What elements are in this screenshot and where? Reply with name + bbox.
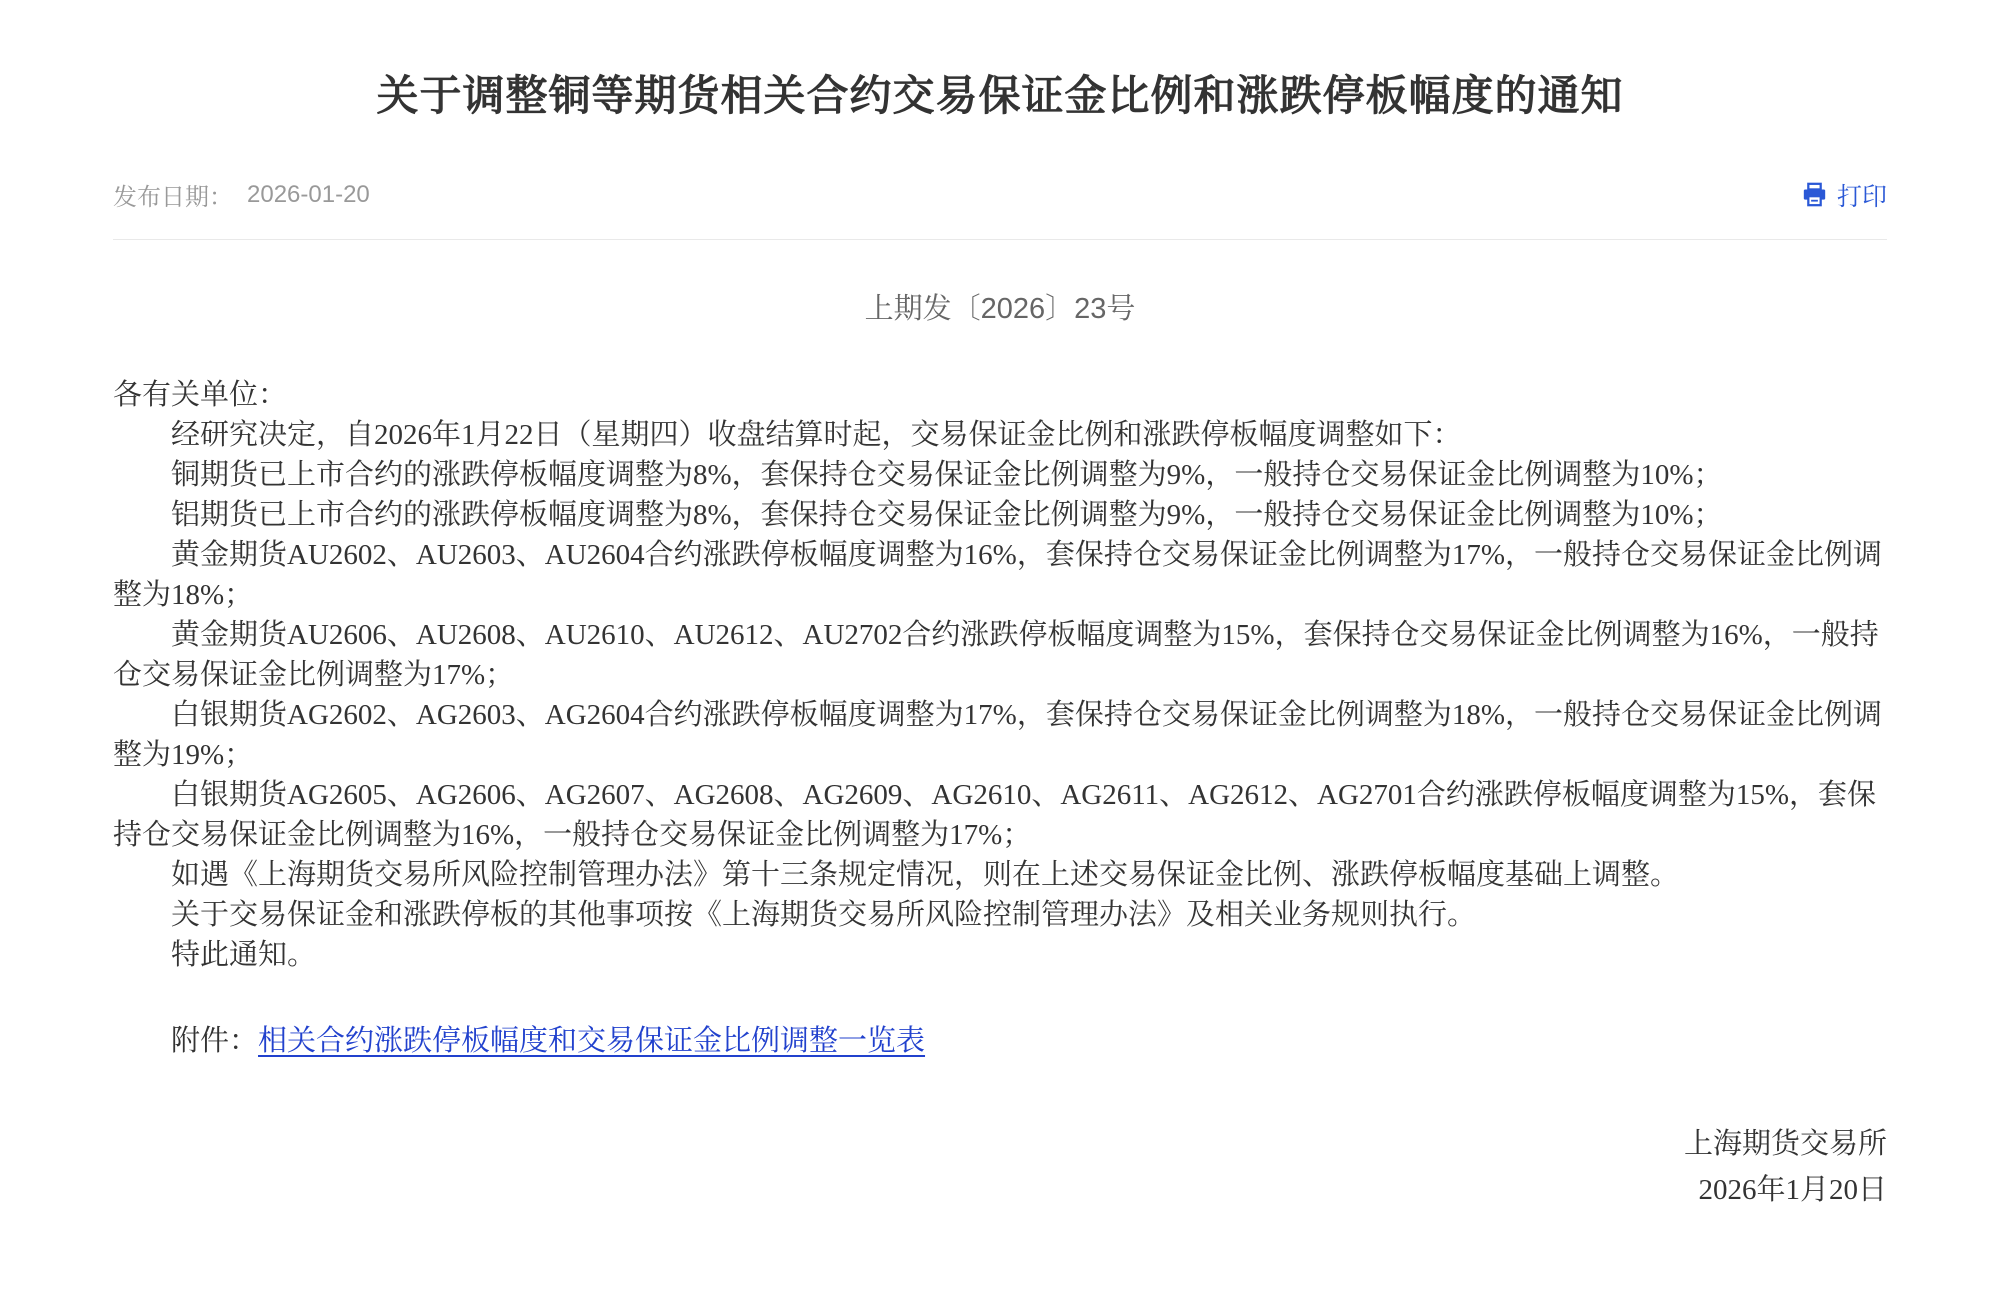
issuer-name: 上海期货交易所: [113, 1121, 1887, 1167]
body-paragraph: 特此通知。: [113, 935, 1887, 975]
body-paragraph: 关于交易保证金和涨跌停板的其他事项按《上海期货交易所风险控制管理办法》及相关业务…: [113, 895, 1887, 935]
salutation: 各有关单位：: [113, 375, 1887, 415]
issue-date: 2026年1月20日: [113, 1167, 1887, 1213]
body-paragraph: 如遇《上海期货交易所风险控制管理办法》第十三条规定情况，则在上述交易保证金比例、…: [113, 855, 1887, 895]
signature-block: 上海期货交易所 2026年1月20日: [113, 1121, 1887, 1213]
print-button[interactable]: 打印: [1801, 177, 1887, 213]
body-paragraph: 白银期货AG2605、AG2606、AG2607、AG2608、AG2609、A…: [113, 775, 1887, 855]
body-paragraph: 经研究决定，自2026年1月22日（星期四）收盘结算时起，交易保证金比例和涨跌停…: [113, 415, 1887, 455]
body-paragraph: 铝期货已上市合约的涨跌停板幅度调整为8%，套保持仓交易保证金比例调整为9%，一般…: [113, 495, 1887, 535]
attachment-link[interactable]: 相关合约涨跌停板幅度和交易保证金比例调整一览表: [258, 1025, 925, 1057]
body-paragraph: 黄金期货AU2602、AU2603、AU2604合约涨跌停板幅度调整为16%，套…: [113, 535, 1887, 615]
attachment-label: 附件：: [171, 1025, 258, 1057]
notice-page: 关于调整铜等期货相关合约交易保证金比例和涨跌停板幅度的通知 发布日期： 2026…: [0, 0, 2000, 1289]
attachment-row: 附件：相关合约涨跌停板幅度和交易保证金比例调整一览表: [113, 1021, 1887, 1061]
publish-date-value: 2026-01-20: [247, 181, 370, 209]
header-divider: [113, 239, 1887, 240]
meta-row: 发布日期： 2026-01-20 打印: [113, 177, 1887, 213]
page-title: 关于调整铜等期货相关合约交易保证金比例和涨跌停板幅度的通知: [113, 0, 1887, 123]
body-paragraph: 铜期货已上市合约的涨跌停板幅度调整为8%，套保持仓交易保证金比例调整为9%，一般…: [113, 455, 1887, 495]
print-button-label[interactable]: 打印: [1837, 177, 1887, 213]
body-paragraph: 白银期货AG2602、AG2603、AG2604合约涨跌停板幅度调整为17%，套…: [113, 695, 1887, 775]
printer-icon: [1801, 181, 1828, 208]
notice-body: 各有关单位： 经研究决定，自2026年1月22日（星期四）收盘结算时起，交易保证…: [113, 375, 1887, 975]
body-paragraph: 黄金期货AU2606、AU2608、AU2610、AU2612、AU2702合约…: [113, 615, 1887, 695]
publish-date-row: 发布日期： 2026-01-20: [113, 177, 370, 212]
document-number: 上期发〔2026〕23号: [113, 286, 1887, 327]
publish-date-label: 发布日期：: [113, 177, 233, 212]
